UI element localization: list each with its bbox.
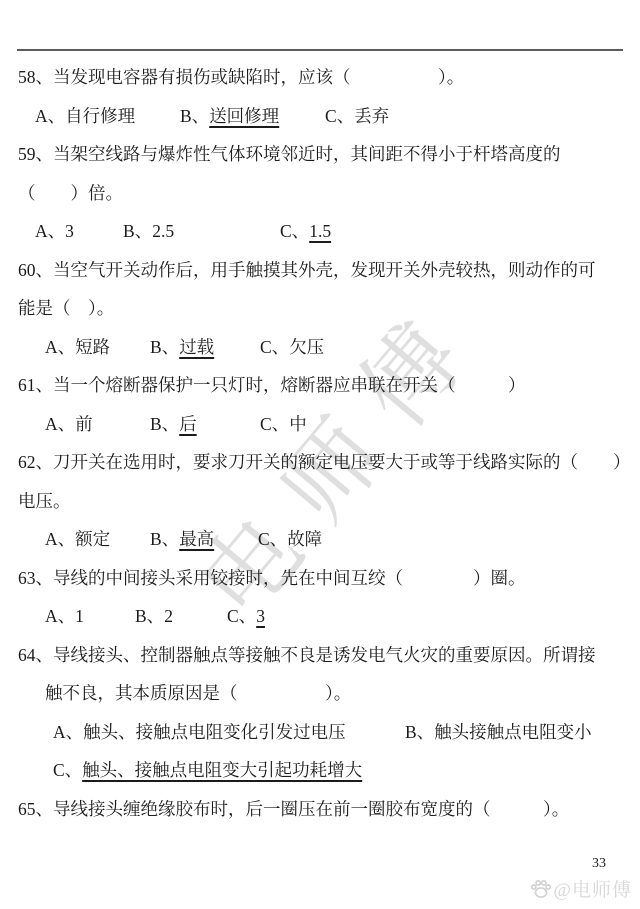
page-number: 33: [592, 856, 606, 872]
q58-option-b: B、送回修理: [180, 97, 279, 136]
option-text: 故障: [287, 529, 322, 549]
option-label: A、: [45, 606, 75, 626]
q63-options-row: A、1 B、2 C、3: [18, 597, 624, 636]
option-label: B、: [150, 414, 179, 434]
q61-option-c: C、中: [260, 405, 307, 444]
q58-stem: 58、当发现电容器有损伤或缺陷时，应该（ ）。: [18, 58, 624, 97]
option-text: 自行修理: [65, 106, 135, 126]
q64-option-c: C、触头、接触点电阻变大引起功耗增大: [53, 751, 362, 790]
option-label: B、: [150, 337, 179, 357]
option-text: 2.5: [152, 221, 174, 241]
option-text: 后: [179, 414, 197, 434]
option-label: C、: [260, 337, 289, 357]
option-text: 中: [289, 414, 307, 434]
option-text: 过载: [179, 337, 214, 357]
q64-option-a: A、触头、接触点电阻变化引发过电压: [53, 713, 346, 752]
q62-stem-line-2: 电压。: [18, 482, 624, 521]
option-label: B、: [405, 722, 434, 742]
option-label: C、: [260, 414, 289, 434]
option-text: 1: [75, 606, 84, 626]
option-text: 2: [164, 606, 173, 626]
option-text: 短路: [75, 337, 110, 357]
option-label: A、: [35, 221, 65, 241]
option-label: C、: [227, 606, 256, 626]
q59-option-c: C、1.5: [280, 212, 331, 251]
q59-options-row: A、3 B、2.5 C、1.5: [18, 212, 624, 251]
option-label: C、: [280, 221, 309, 241]
q60-stem-line-1: 60、当空气开关动作后，用手触摸其外壳，发现开关外壳较热，则动作的可: [18, 251, 624, 290]
paw-icon: [530, 878, 552, 900]
q62-option-b: B、最高: [150, 520, 214, 559]
option-label: B、: [135, 606, 164, 626]
option-label: A、: [45, 337, 75, 357]
option-text: 丢弃: [354, 106, 389, 126]
q64-stem-line-1: 64、导线接头、控制器触点等接触不良是诱发电气火灾的重要原因。所谓接: [18, 636, 624, 675]
document-page: 电师傅 58、当发现电容器有损伤或缺陷时，应该（ ）。 A、自行修理 B、送回修…: [0, 0, 640, 909]
option-text: 触头、接触点电阻变化引发过电压: [83, 722, 346, 742]
q62-option-c: C、故障: [258, 520, 322, 559]
option-label: B、: [150, 529, 179, 549]
q64-options-row-1: A、触头、接触点电阻变化引发过电压 B、触头接触点电阻变小: [18, 713, 624, 752]
q62-stem-line-1: 62、刀开关在选用时，要求刀开关的额定电压要大于或等于线路实际的（ ）: [18, 443, 624, 482]
q63-stem: 63、导线的中间接头采用铰接时，先在中间互绞（ ）圈。: [18, 559, 624, 598]
q60-options-row: A、短路 B、过载 C、欠压: [18, 328, 624, 367]
q63-option-c: C、3: [227, 597, 265, 636]
q64-option-b: B、触头接触点电阻变小: [405, 713, 592, 752]
option-text: 最高: [179, 529, 214, 549]
option-text: 触头、接触点电阻变大引起功耗增大: [82, 760, 362, 780]
q59-option-b: B、2.5: [123, 212, 174, 251]
q63-option-a: A、1: [45, 597, 84, 636]
q59-stem-line-1: 59、当架空线路与爆炸性气体环境邻近时，其间距不得小于杆塔高度的: [18, 135, 624, 174]
q61-option-b: B、后: [150, 405, 197, 444]
q60-option-b: B、过载: [150, 328, 214, 367]
q58-option-a: A、自行修理: [35, 97, 135, 136]
footer-watermark: @电师傅: [530, 875, 633, 902]
option-label: C、: [325, 106, 354, 126]
q61-options-row: A、前 B、后 C、中: [18, 405, 624, 444]
option-label: C、: [258, 529, 287, 549]
option-label: C、: [53, 760, 82, 780]
option-label: A、: [53, 722, 83, 742]
q63-option-b: B、2: [135, 597, 173, 636]
questions-content: 58、当发现电容器有损伤或缺陷时，应该（ ）。 A、自行修理 B、送回修理 C、…: [18, 58, 624, 828]
option-label: A、: [45, 529, 75, 549]
q59-stem-line-2: （ ）倍。: [18, 174, 624, 213]
option-label: B、: [123, 221, 152, 241]
q64-stem-line-2: 触不良，其本质原因是（ ）。: [18, 674, 624, 713]
q58-option-c: C、丢弃: [325, 97, 389, 136]
q62-option-a: A、额定: [45, 520, 110, 559]
option-text: 送回修理: [209, 106, 279, 126]
header-divider-rule: [17, 49, 623, 51]
option-text: 额定: [75, 529, 110, 549]
q64-options-row-2: C、触头、接触点电阻变大引起功耗增大: [18, 751, 624, 790]
q62-options-row: A、额定 B、最高 C、故障: [18, 520, 624, 559]
q58-options-row: A、自行修理 B、送回修理 C、丢弃: [18, 97, 624, 136]
option-text: 欠压: [289, 337, 324, 357]
q61-option-a: A、前: [45, 405, 93, 444]
q60-stem-line-2: 能是（ ）。: [18, 289, 624, 328]
option-text: 前: [75, 414, 93, 434]
option-label: B、: [180, 106, 209, 126]
footer-watermark-text: @电师傅: [554, 875, 633, 902]
q60-option-a: A、短路: [45, 328, 110, 367]
q60-option-c: C、欠压: [260, 328, 324, 367]
q61-stem: 61、当一个熔断器保护一只灯时，熔断器应串联在开关（ ）: [18, 366, 624, 405]
q59-option-a: A、3: [35, 212, 74, 251]
option-text: 3: [256, 606, 265, 626]
option-text: 3: [65, 221, 74, 241]
option-text: 触头接触点电阻变小: [434, 722, 592, 742]
option-label: A、: [35, 106, 65, 126]
option-text: 1.5: [309, 221, 331, 241]
q65-stem: 65、导线接头缠绝缘胶布时，后一圈压在前一圈胶布宽度的（ ）。: [18, 790, 624, 829]
option-label: A、: [45, 414, 75, 434]
